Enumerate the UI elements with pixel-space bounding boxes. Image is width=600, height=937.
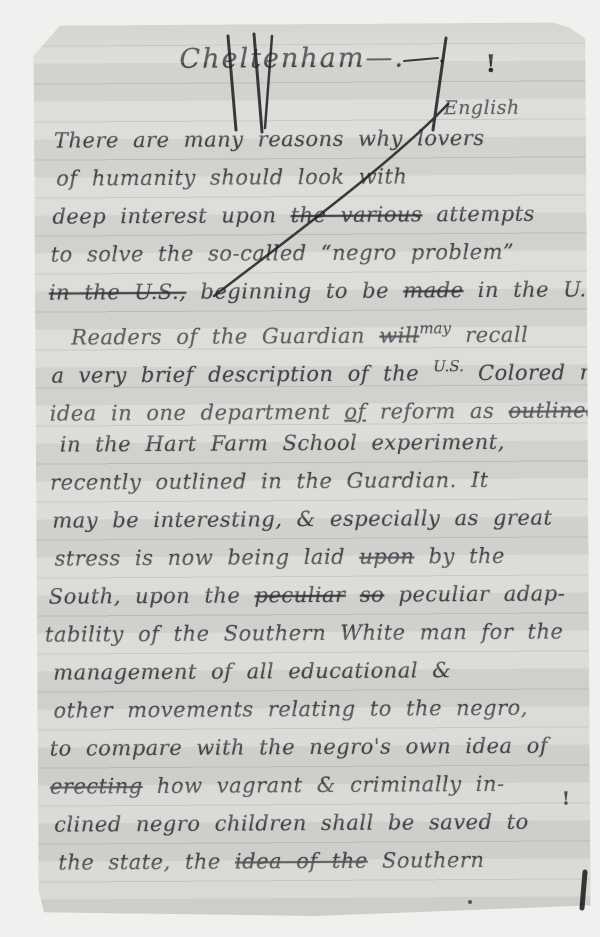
struck-segment: made: [403, 278, 463, 302]
exclamation-mark-top: !: [485, 49, 496, 79]
text-segment: Readers of the Guardian: [71, 324, 379, 350]
text-segment: attempts: [422, 202, 535, 227]
text-segment: in the U.S,: [463, 277, 600, 302]
handwriting-line: may be interesting, & especially as grea…: [52, 499, 552, 540]
handwriting-line: There are many reasons why lovers: [54, 119, 485, 160]
struck-segment: erecting: [50, 774, 143, 799]
underlined-segment: of: [344, 400, 366, 424]
text-segment: reform as: [366, 399, 509, 424]
handwriting-line: deep interest upon the various attempts: [52, 195, 535, 236]
text-segment: other movements relating to the negro,: [53, 696, 528, 723]
handwriting-line: recently outlined in the Guardian. It: [50, 461, 489, 502]
text-segment: peculiar adap-: [384, 581, 565, 606]
text-segment: by the: [414, 544, 505, 569]
text-segment: may be interesting, & especially as grea…: [52, 506, 552, 533]
text-segment: clined negro children shall be saved to: [54, 810, 529, 837]
text-segment: the state, the: [58, 849, 235, 874]
handwriting-line: the state, the idea of the Southern: [58, 841, 484, 882]
text-segment: There are many reasons why lovers: [54, 126, 485, 153]
text-segment: in the Hart Farm School experiment,: [60, 430, 505, 457]
struck-segment: outlined: [508, 398, 600, 423]
text-segment: Southern: [368, 848, 485, 873]
text-segment: how vagrant & criminally in-: [143, 772, 505, 798]
text-segment: of humanity should look with: [56, 164, 407, 190]
exclamation-mark-margin: !: [562, 784, 571, 814]
handwriting-line: clined negro children shall be saved to: [54, 803, 529, 844]
text-segment: management of all educational &: [53, 658, 451, 684]
struck-segment: in the U.S.,: [49, 280, 187, 305]
text-segment: idea in one department: [50, 400, 345, 426]
text-segment: stress is now being laid: [54, 545, 359, 571]
handwriting-line: in the U.S., beginning to be made in the…: [49, 270, 600, 311]
title-dash: —.: [365, 42, 405, 73]
inserted-word: may: [419, 319, 451, 337]
handwriting-line: tability of the Southern White man for t…: [45, 612, 564, 653]
handwriting-line: in the Hart Farm School experiment,: [60, 423, 505, 464]
struck-segment: the various: [291, 202, 423, 227]
inserted-word: U.S.: [433, 357, 464, 375]
handwriting-line: idea in one department of reform as outl…: [49, 384, 600, 426]
text-segment: to compare with the negro's own idea of: [50, 734, 549, 761]
page-title: Cheltenham—.: [179, 37, 405, 80]
struck-segment: upon: [359, 544, 414, 568]
handwriting-line: to compare with the negro's own idea of: [50, 727, 549, 768]
handwriting-line: stress is now being laid upon by the: [54, 537, 505, 578]
text-segment: deep interest upon: [52, 203, 290, 228]
struck-segment: peculiar: [254, 583, 345, 608]
text-segment: a very brief description of the: [51, 361, 433, 387]
struck-segment: will: [379, 323, 419, 347]
text-segment: [346, 583, 360, 607]
text-segment: recall: [451, 323, 529, 347]
handwriting-line: a very brief description of the U.S. Col…: [51, 346, 600, 388]
manuscript-paper: Cheltenham—. ! English There are many re…: [33, 22, 590, 917]
handwriting-line: to solve the so-called “negro problem”: [51, 233, 515, 274]
handwriting-line: management of all educational &: [53, 651, 451, 691]
text-segment: recently outlined in the Guardian. It: [50, 468, 489, 495]
title-text: Cheltenham: [179, 43, 365, 75]
handwriting-line: other movements relating to the negro,: [53, 689, 528, 730]
text-segment: tability of the Southern White man for t…: [45, 619, 564, 646]
handwriting-line: Readers of the Guardian willmay recall: [71, 309, 528, 350]
struck-segment: so: [360, 583, 385, 607]
handwriting-line: of humanity should look with: [56, 157, 407, 197]
struck-segment: idea of the: [235, 849, 368, 874]
text-segment: to solve the so-called “negro problem”: [51, 240, 515, 267]
handwriting-line: erecting how vagrant & criminally in-: [50, 765, 505, 806]
handwriting-line: South, upon the peculiar so peculiar ada…: [49, 574, 566, 615]
text-segment: Colored man's: [464, 360, 600, 385]
text-segment: South, upon the: [49, 583, 255, 608]
text-segment: beginning to be: [186, 278, 403, 303]
scanned-manuscript-page: Cheltenham—. ! English There are many re…: [0, 0, 600, 937]
